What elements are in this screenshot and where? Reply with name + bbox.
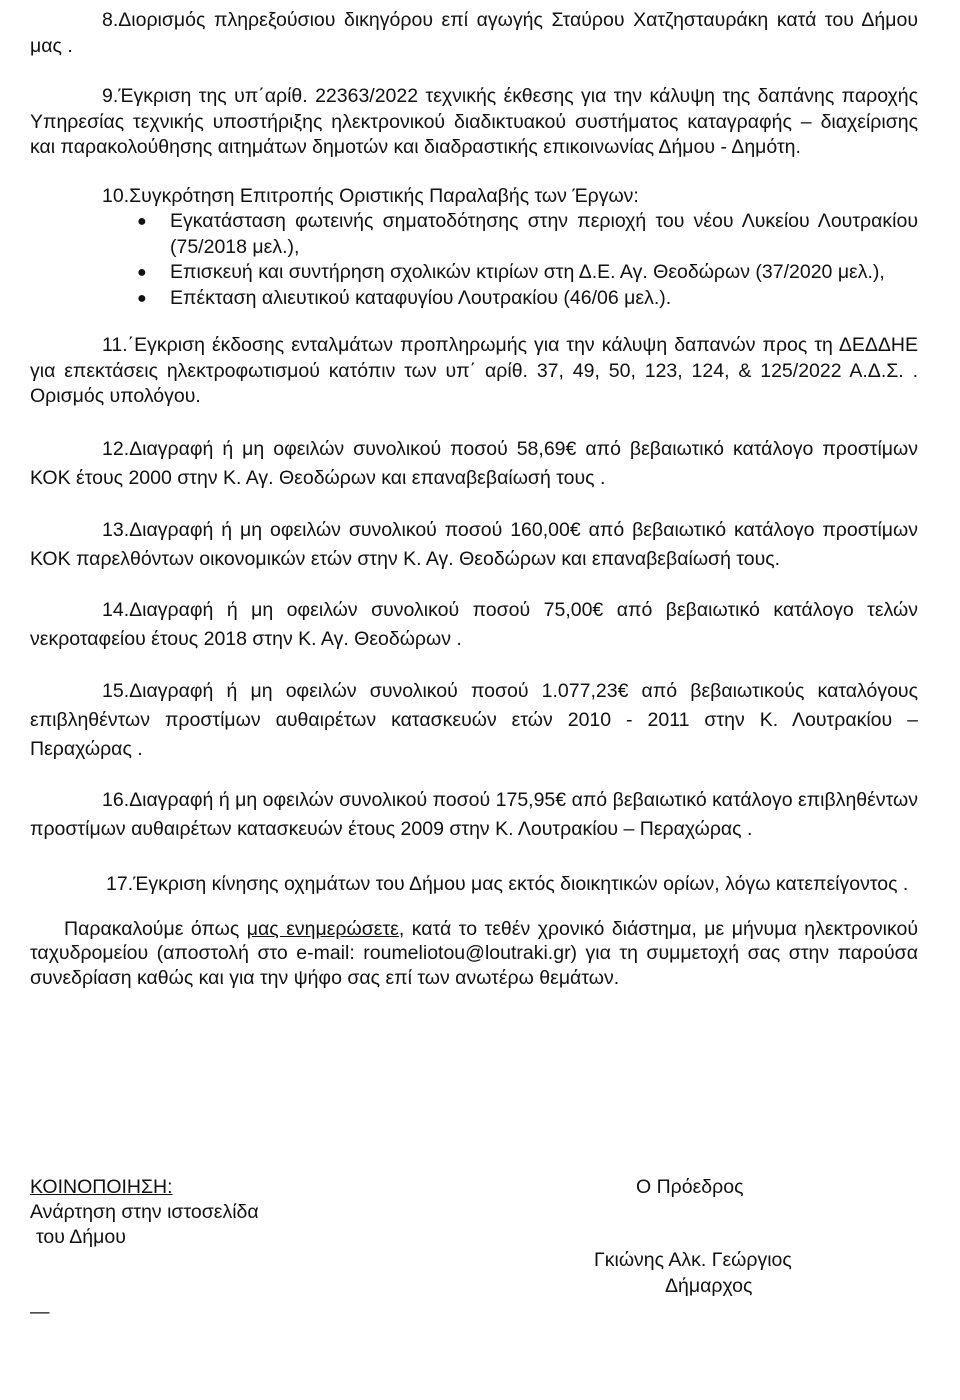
agenda-item-12: 12.Διαγραφή ή μη οφειλών συνολικού ποσού… xyxy=(30,435,918,493)
bullet-icon: ● xyxy=(137,260,147,286)
list-item: ●Επέκταση αλιευτικού καταφυγίου Λουτρακί… xyxy=(170,286,918,312)
agenda-item-16: 16.Διαγραφή ή μη οφειλών συνολικού ποσού… xyxy=(30,786,918,844)
committee-works-list: ●Εγκατάσταση φωτεινής σηματοδότησης στην… xyxy=(30,209,918,311)
list-item: ●Εγκατάσταση φωτεινής σηματοδότησης στην… xyxy=(170,209,918,260)
notification-line-2: του Δήμου xyxy=(36,1225,126,1250)
bullet-icon: ● xyxy=(137,286,147,312)
closing-paragraph: Παρακαλούμε όπως μας ενημερώσετε, κατά τ… xyxy=(30,917,918,991)
agenda-item-10: 10.Συγκρότηση Επιτροπής Οριστικής Παραλα… xyxy=(30,184,918,312)
signer-name: Γκιώνης Αλκ. Γεώργιος xyxy=(594,1248,792,1273)
agenda-item-14: 14.Διαγραφή ή μη οφειλών συνολικού ποσού… xyxy=(30,596,918,654)
agenda-item-13: 13.Διαγραφή ή μη οφειλών συνολικού ποσού… xyxy=(30,516,918,574)
document-body: 8.Διορισμός πληρεξούσιου δικηγόρου επί α… xyxy=(30,8,918,990)
signer-role: Δήμαρχος xyxy=(665,1274,752,1299)
bullet-icon: ● xyxy=(137,209,147,235)
notification-heading: ΚΟΙΝΟΠΟΙΗΣΗ: xyxy=(30,1175,173,1200)
notification-line-1: Ανάρτηση στην ιστοσελίδα xyxy=(30,1200,259,1225)
agenda-item-11: 11.΄Εγκριση έκδοσης ενταλμάτων προπληρωμ… xyxy=(30,333,918,410)
notify-us-underlined: μας ενημερώσετε xyxy=(247,918,399,940)
footer-dash: — xyxy=(30,1300,50,1325)
agenda-item-9: 9.Έγκριση της υπ΄αρίθ. 22363/2022 τεχνικ… xyxy=(30,84,918,161)
president-label: Ο Πρόεδρος xyxy=(636,1175,744,1200)
agenda-item-17: 17.Έγκριση κίνησης οχημάτων του Δήμου μα… xyxy=(30,866,918,903)
agenda-item-8: 8.Διορισμός πληρεξούσιου δικηγόρου επί α… xyxy=(30,8,918,59)
agenda-item-10-heading: 10.Συγκρότηση Επιτροπής Οριστικής Παραλα… xyxy=(30,184,918,210)
agenda-item-15: 15.Διαγραφή ή μη οφειλών συνολικού ποσού… xyxy=(30,677,918,764)
list-item: ●Επισκευή και συντήρηση σχολικών κτιρίων… xyxy=(170,260,918,286)
